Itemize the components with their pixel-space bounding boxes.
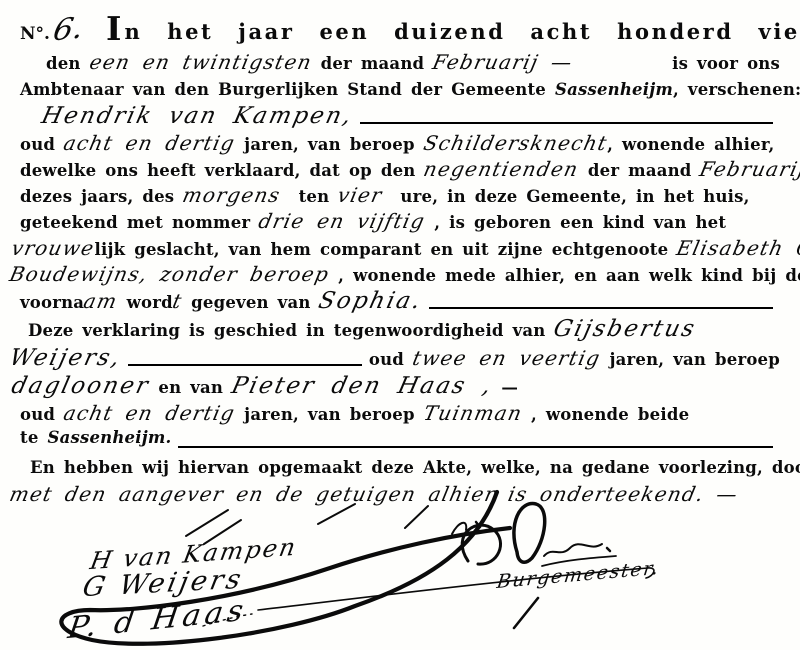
burgemeester-signature-flourish bbox=[544, 544, 602, 556]
text-segment: geteekend met nommer bbox=[20, 213, 259, 232]
burgemeester-signature-flourish bbox=[514, 504, 545, 563]
line-residence: te Sassenheijm. bbox=[20, 428, 780, 454]
text-segment: der maand bbox=[312, 54, 434, 73]
line-registrar: Ambtenaar van den Burgerlijken Stand der… bbox=[20, 80, 780, 103]
fill-in-rule bbox=[360, 122, 773, 124]
text-segment: Ambtenaar van den Burgerlijken Stand der… bbox=[20, 80, 555, 99]
line-witness1: Weijers,oud twee en veertig jaren, van b… bbox=[10, 345, 780, 373]
text-segment: te bbox=[20, 428, 47, 447]
text-segment: , verschenen: bbox=[673, 80, 800, 99]
text-segment: vrouwe bbox=[9, 236, 97, 260]
text-segment: Sophia. bbox=[316, 288, 425, 314]
text-segment: word bbox=[118, 293, 173, 312]
text-segment: twee en veertig bbox=[410, 346, 603, 370]
line-closing-2: met den aangever en de getuigen alhier i… bbox=[10, 482, 780, 506]
fill-in-rule bbox=[178, 446, 773, 448]
line-witnesses-intro: Deze verklaring is geschied in tegenwoor… bbox=[28, 316, 780, 345]
line-father-name: Hendrik van Kampen, bbox=[42, 103, 780, 131]
birth-certificate-document: N°. 6. In het jaar een duizend acht hond… bbox=[0, 0, 800, 650]
text-segment: Deze verklaring is geschied in tegenwoor… bbox=[28, 321, 554, 340]
line-date: den een en twintigsten der maand Februar… bbox=[46, 50, 780, 80]
text-segment: Sassenheijm bbox=[555, 80, 673, 99]
text-segment: Sassenheijm. bbox=[47, 428, 171, 447]
text-segment: is voor ons bbox=[672, 54, 780, 73]
act-number-value: 6. bbox=[50, 11, 86, 49]
text-segment: Hendrik van Kampen, bbox=[39, 103, 356, 129]
text-segment: gegeven van bbox=[182, 293, 319, 312]
text-segment: n het jaar een duizend acht honderd vier… bbox=[124, 19, 800, 44]
text-segment: am bbox=[82, 289, 121, 313]
text-segment: Februarij — bbox=[431, 50, 576, 74]
text-segment: vier bbox=[336, 183, 385, 207]
text-segment: En hebben wij hiervan opgemaakt deze Akt… bbox=[30, 458, 800, 477]
text-segment: oud bbox=[369, 350, 413, 369]
text-segment: Elisabeth Cornelia bbox=[675, 236, 800, 260]
text-segment: een en twintigsten bbox=[87, 50, 314, 74]
text-segment: ten bbox=[281, 187, 339, 206]
line-year: In het jaar een duizend acht honderd vie… bbox=[106, 8, 800, 48]
pen-stroke bbox=[318, 504, 355, 524]
line-declaration-date: dewelke ons heeft verklaard, dat op den … bbox=[20, 157, 780, 183]
fill-in-rule bbox=[429, 307, 773, 309]
document-header: N°. 6. In het jaar een duizend acht hond… bbox=[20, 8, 780, 50]
text-segment: der maand bbox=[579, 161, 701, 180]
text-segment: Tuinman bbox=[421, 401, 524, 425]
text-segment: jaren, van beroep bbox=[601, 350, 780, 369]
text-segment: daglooner bbox=[9, 373, 152, 399]
line-father-details: oud acht en dertig jaren, van beroep Sch… bbox=[20, 131, 780, 157]
text-segment: — bbox=[492, 378, 518, 397]
text-segment: acht en dertig bbox=[62, 131, 238, 155]
text-segment: dewelke ons heeft verklaard, dat op den bbox=[20, 161, 424, 180]
text-segment: en van bbox=[149, 378, 232, 397]
line-witness2-details: oud acht en dertig jaren, van beroep Tui… bbox=[20, 401, 780, 428]
text-segment: jaren, van beroep bbox=[235, 135, 423, 154]
text-segment: Februarij bbox=[698, 157, 800, 181]
text-segment: oud bbox=[20, 405, 64, 424]
act-number: N°. 6. bbox=[20, 12, 106, 47]
line-closing-1: En hebben wij hiervan opgemaakt deze Akt… bbox=[30, 454, 780, 482]
text-segment: Schildersknecht bbox=[421, 131, 610, 155]
pen-stroke bbox=[405, 506, 428, 528]
text-segment: I bbox=[106, 9, 124, 48]
text-segment: , is geboren een kind van het bbox=[425, 213, 726, 232]
text-segment: , wonende alhier, bbox=[607, 135, 774, 154]
text-segment: jaren, van beroep bbox=[235, 405, 423, 424]
text-segment: , wonende mede alhier, en aan welk kind … bbox=[329, 266, 800, 285]
act-number-label: N°. bbox=[20, 24, 50, 44]
line-child-name: voornaam wordt gegeven van Sophia. bbox=[20, 288, 780, 316]
line-gender-mother: vrouwelijk geslacht, van hem comparant e… bbox=[12, 236, 780, 262]
text-segment: lijk geslacht, van hem comparant en uit … bbox=[95, 240, 678, 259]
text-segment: ure, in deze Gemeente, in het huis, bbox=[383, 187, 750, 206]
line-birth-time: dezes jaars, des morgens ten vier ure, i… bbox=[20, 183, 780, 209]
fill-in-rule bbox=[128, 364, 362, 366]
text-segment: dezes jaars, des bbox=[20, 187, 183, 206]
burgemeester-signature-flourish bbox=[607, 548, 610, 551]
text-segment: drie en vijftig bbox=[257, 209, 428, 233]
text-segment: Boudewijns, zonder beroep bbox=[7, 262, 331, 286]
text-segment: negentienden bbox=[422, 157, 582, 181]
text-segment: Gijsbertus bbox=[551, 316, 699, 342]
line-witness2: daglooner en van Pieter den Haas , — bbox=[12, 373, 780, 401]
text-segment: , wonende beide bbox=[522, 405, 689, 424]
text-segment: morgens bbox=[181, 183, 284, 207]
text-segment: acht en dertig bbox=[62, 401, 238, 425]
line-mother-surname: Boudewijns, zonder beroep , wonende mede… bbox=[10, 262, 780, 288]
text-segment: met den aangever en de getuigen alhier i… bbox=[7, 482, 740, 506]
text-segment: Weijers, bbox=[7, 345, 124, 371]
text-segment: Pieter den Haas , bbox=[229, 373, 495, 399]
line-house-number: geteekend met nommer drie en vijftig , i… bbox=[20, 209, 780, 236]
text-segment: den bbox=[46, 54, 90, 73]
text-segment: voorna bbox=[20, 293, 84, 312]
text-segment: oud bbox=[20, 135, 64, 154]
pen-stroke bbox=[514, 598, 538, 628]
signature-area: H van Kampen G Weijers P. d Haas Burgeme… bbox=[0, 506, 800, 650]
